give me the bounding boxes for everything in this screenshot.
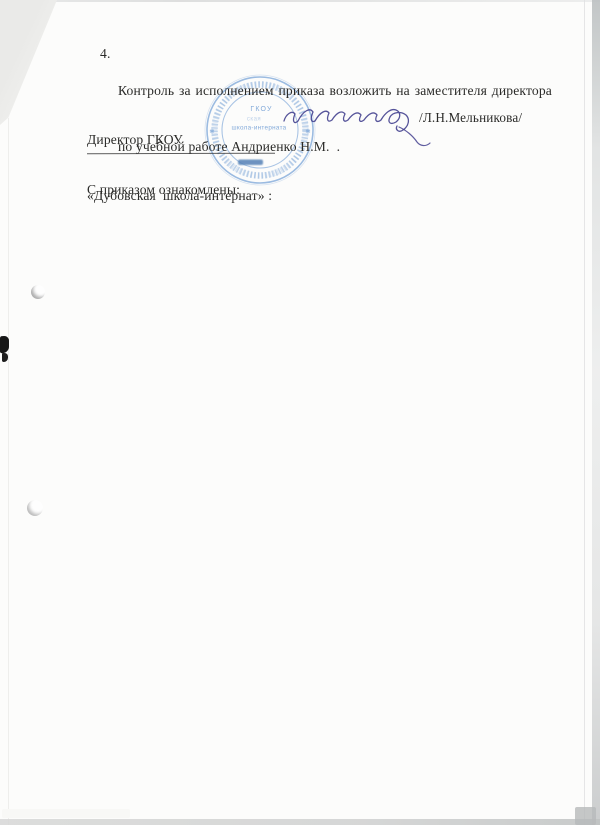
signatory-title-line-1: Директор ГКОУ <box>87 131 272 150</box>
binder-clip-edge <box>0 336 10 363</box>
scan-bottom-edge <box>0 819 600 825</box>
signature-stroke-main <box>284 110 408 132</box>
page-right-edge <box>584 0 585 825</box>
signatory-title-block: Директор ГКОУ «Дубовская школа-интернат»… <box>87 94 272 243</box>
binder-clip-edge-part <box>0 336 9 354</box>
page-corner-fold <box>0 0 60 125</box>
scanned-document-page: ✱ ✱ ГКОУ ская школа-интерната 4. Контрол… <box>0 0 600 825</box>
page-bottom-edge-highlight <box>2 809 130 818</box>
signature-stroke-tail <box>399 127 430 146</box>
scanner-background-strip <box>592 0 600 825</box>
handwritten-signature <box>280 97 440 152</box>
acknowledgement-line: С приказом ознакомлены: <box>87 181 240 200</box>
scan-corner-shadow <box>575 807 596 825</box>
left-fold-line <box>8 118 9 825</box>
scan-top-edge <box>0 0 600 2</box>
punch-hole-bottom <box>27 500 43 516</box>
binder-clip-edge-part <box>2 353 8 362</box>
punch-hole-top <box>31 285 45 299</box>
